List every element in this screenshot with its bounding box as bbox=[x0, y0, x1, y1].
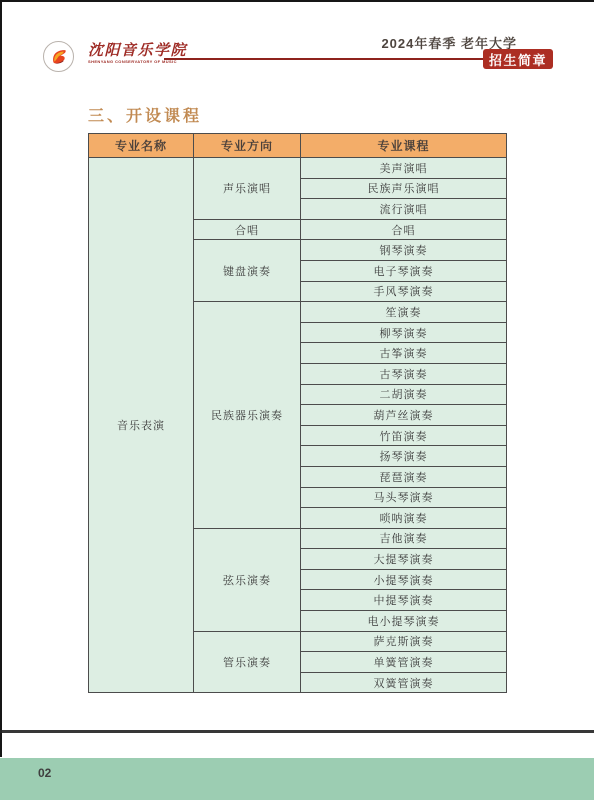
section-title: 三、开设课程 bbox=[88, 103, 202, 126]
course-cell: 琵琶演奏 bbox=[301, 466, 507, 487]
school-logo-icon bbox=[43, 41, 74, 72]
page-number: 02 bbox=[38, 766, 51, 780]
course-cell: 大提琴演奏 bbox=[301, 549, 507, 570]
course-cell: 电小提琴演奏 bbox=[301, 611, 507, 632]
direction-cell: 合唱 bbox=[194, 219, 301, 240]
scan-edge-top bbox=[0, 0, 594, 2]
course-cell: 马头琴演奏 bbox=[301, 487, 507, 508]
course-cell: 合唱 bbox=[301, 219, 507, 240]
school-logo-text: 沈阳音乐学院 SHENYANG CONSERVATORY OF MUSIC bbox=[88, 42, 268, 64]
course-cell: 葫芦丝演奏 bbox=[301, 405, 507, 426]
table-header-row: 专业名称专业方向专业课程 bbox=[89, 134, 507, 158]
course-cell: 扬琴演奏 bbox=[301, 446, 507, 467]
scan-edge-left bbox=[0, 0, 2, 757]
course-cell: 二胡演奏 bbox=[301, 384, 507, 405]
course-cell: 古筝演奏 bbox=[301, 343, 507, 364]
direction-cell: 声乐演唱 bbox=[194, 158, 301, 220]
course-cell: 唢呐演奏 bbox=[301, 508, 507, 529]
direction-cell: 键盘演奏 bbox=[194, 240, 301, 302]
course-cell: 笙演奏 bbox=[301, 302, 507, 323]
column-header: 专业方向 bbox=[194, 134, 301, 158]
course-cell: 竹笛演奏 bbox=[301, 425, 507, 446]
column-header: 专业课程 bbox=[301, 134, 507, 158]
course-cell: 双簧管演奏 bbox=[301, 672, 507, 693]
courses-table: 专业名称专业方向专业课程 音乐表演声乐演唱美声演唱民族声乐演唱流行演唱合唱合唱键… bbox=[88, 133, 507, 693]
course-cell: 萨克斯演奏 bbox=[301, 631, 507, 652]
course-cell: 中提琴演奏 bbox=[301, 590, 507, 611]
course-cell: 流行演唱 bbox=[301, 199, 507, 220]
table-row: 音乐表演声乐演唱美声演唱 bbox=[89, 158, 507, 179]
course-cell: 手风琴演奏 bbox=[301, 281, 507, 302]
course-cell: 钢琴演奏 bbox=[301, 240, 507, 261]
direction-cell: 管乐演奏 bbox=[194, 631, 301, 693]
column-header: 专业名称 bbox=[89, 134, 194, 158]
course-cell: 电子琴演奏 bbox=[301, 260, 507, 281]
school-name-zh: 沈阳音乐学院 bbox=[88, 42, 268, 59]
course-cell: 小提琴演奏 bbox=[301, 569, 507, 590]
brochure-page: 沈阳音乐学院 SHENYANG CONSERVATORY OF MUSIC 20… bbox=[0, 0, 594, 800]
major-cell: 音乐表演 bbox=[89, 158, 194, 693]
course-cell: 柳琴演奏 bbox=[301, 322, 507, 343]
course-cell: 民族声乐演唱 bbox=[301, 178, 507, 199]
course-cell: 美声演唱 bbox=[301, 158, 507, 179]
course-cell: 单簧管演奏 bbox=[301, 652, 507, 673]
direction-cell: 弦乐演奏 bbox=[194, 528, 301, 631]
course-cell: 古琴演奏 bbox=[301, 363, 507, 384]
brochure-badge: 招生简章 bbox=[483, 49, 553, 69]
page-fold-shadow bbox=[0, 730, 594, 733]
header-rule bbox=[164, 58, 488, 60]
footer-band: 02 bbox=[0, 758, 594, 800]
direction-cell: 民族器乐演奏 bbox=[194, 302, 301, 529]
course-cell: 吉他演奏 bbox=[301, 528, 507, 549]
